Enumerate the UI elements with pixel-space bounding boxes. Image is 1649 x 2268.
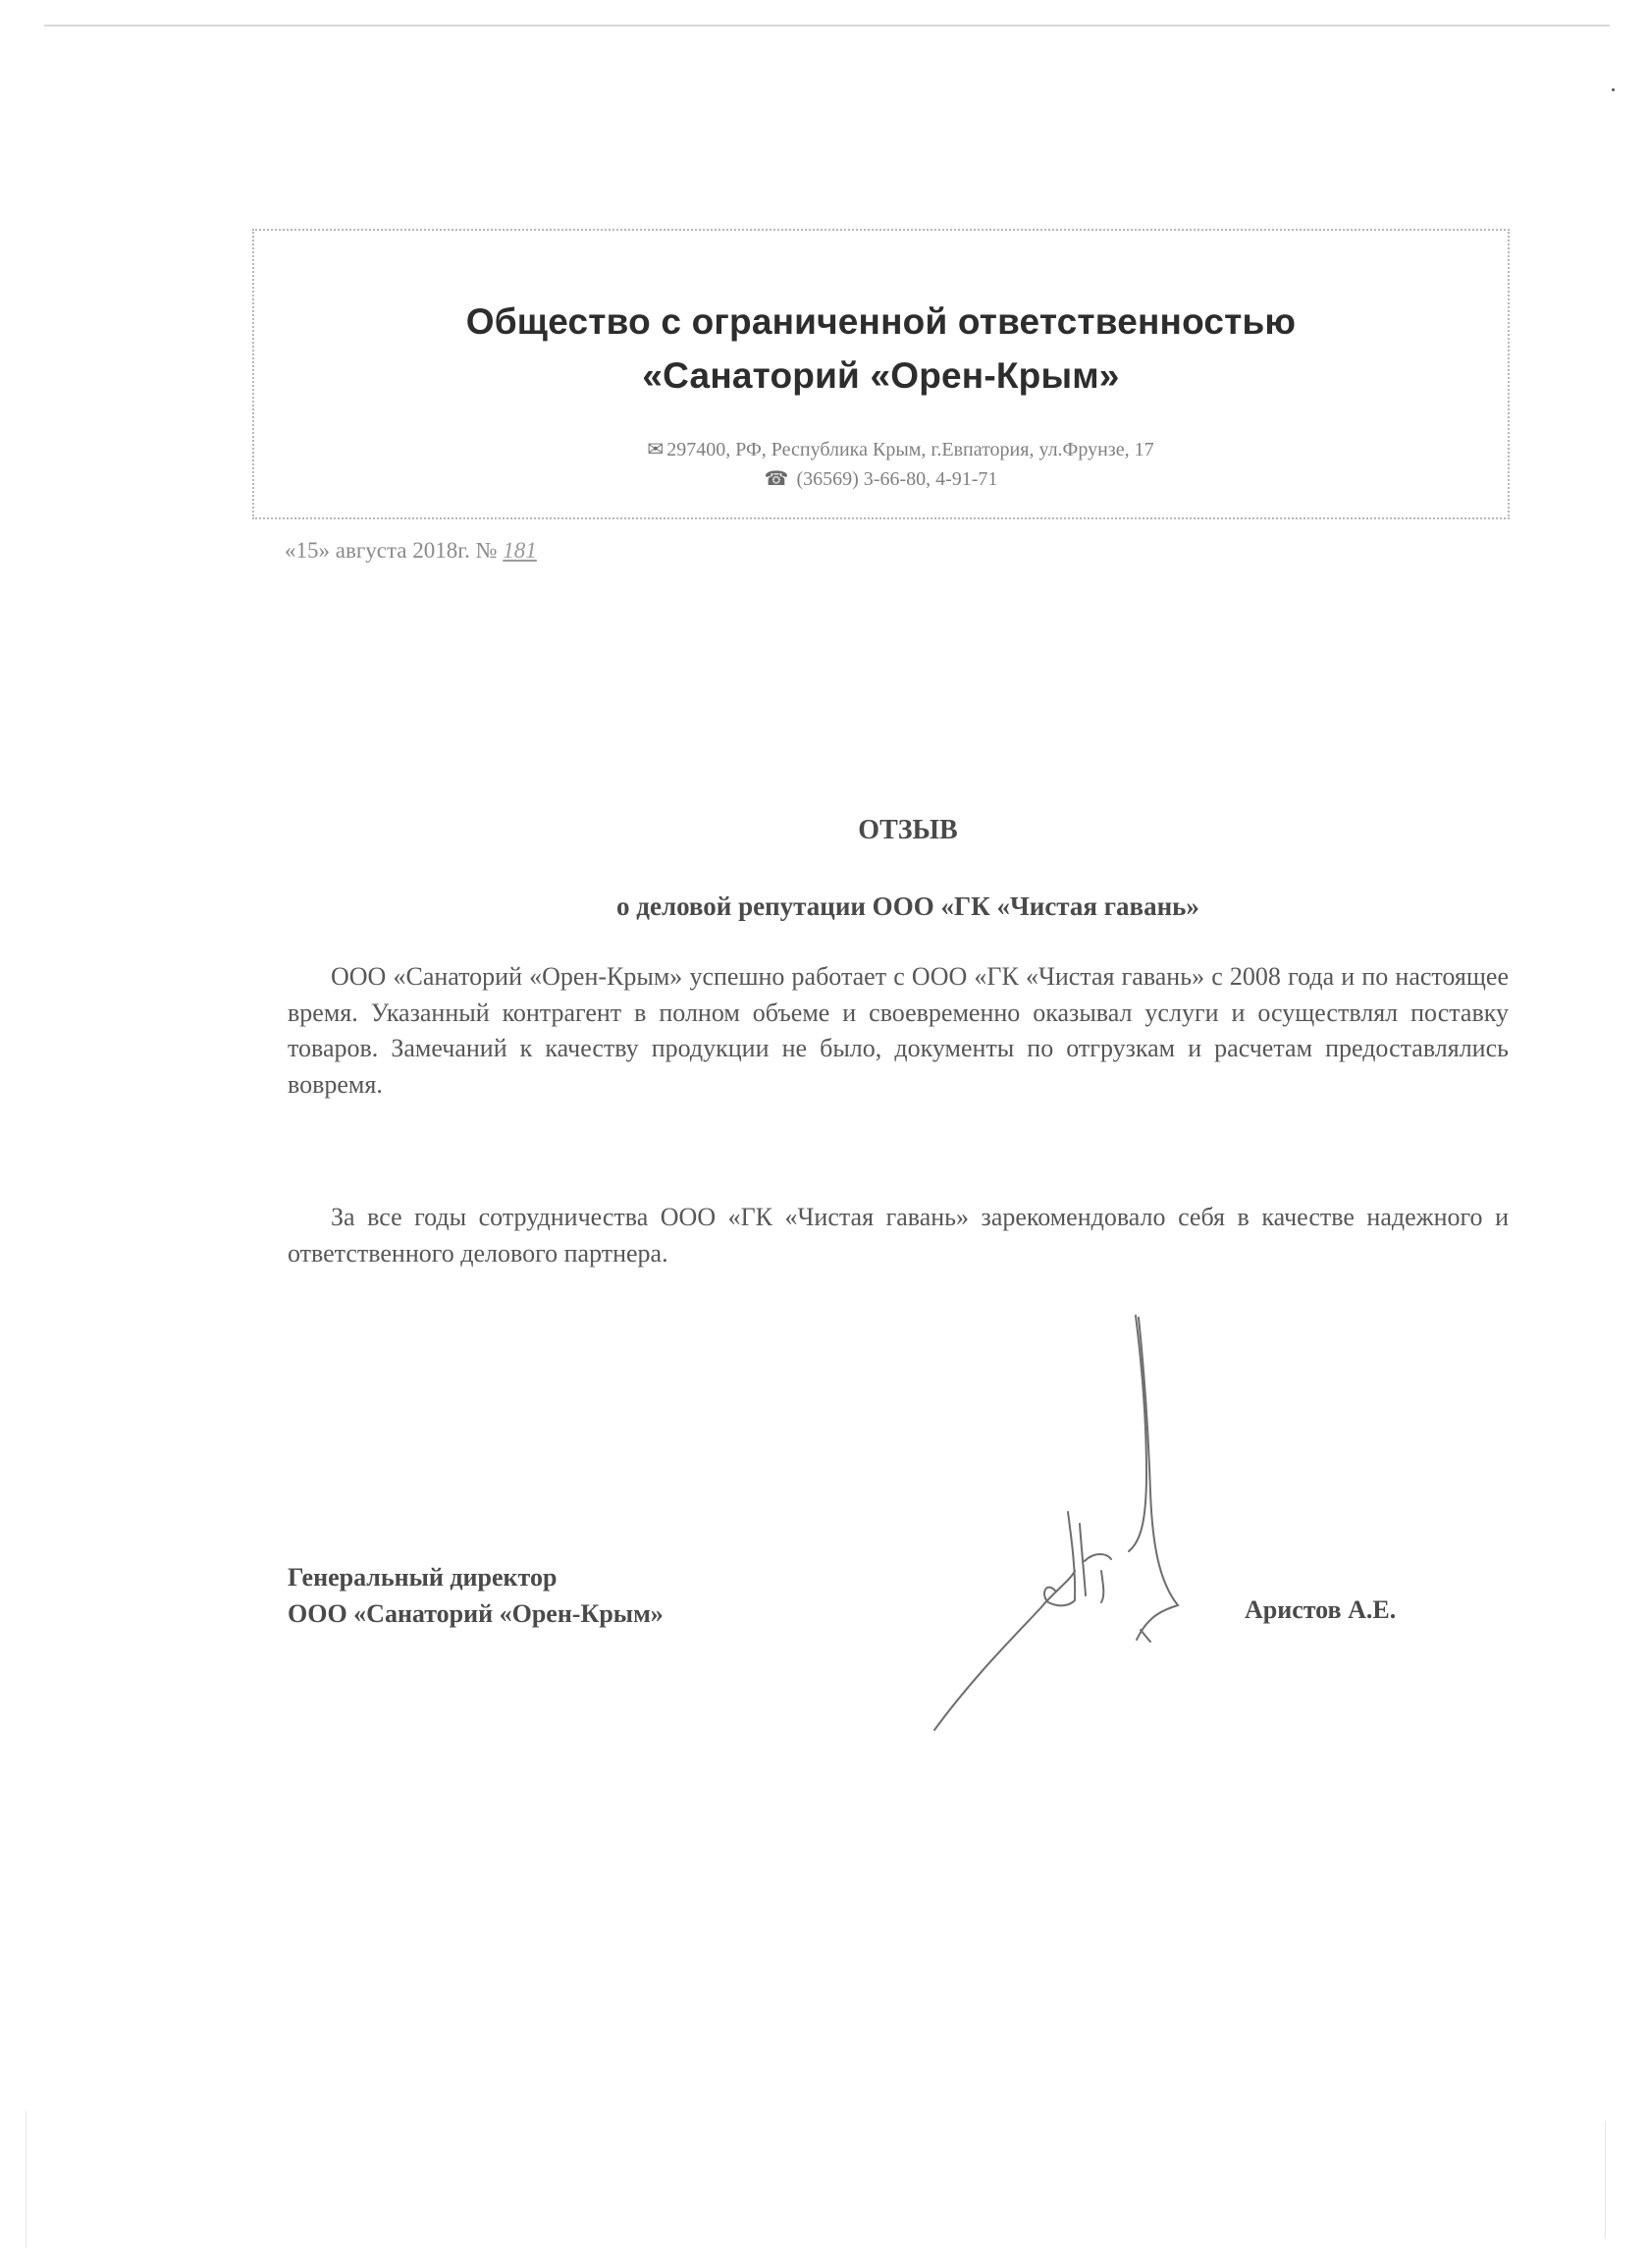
scan-speck xyxy=(1612,88,1615,91)
signatory-organization: ООО «Санаторий «Орен-Крым» xyxy=(288,1595,664,1632)
signatory-name: Аристов А.Е. xyxy=(1245,1595,1396,1625)
document-date: «15» августа 2018г. № xyxy=(285,538,498,563)
body-paragraph-2: За все годы сотрудничества ООО «ГК «Чист… xyxy=(288,1200,1509,1271)
scan-edge-left xyxy=(26,2111,27,2248)
signatory-role: Генеральный директор ООО «Санаторий «Оре… xyxy=(288,1559,664,1632)
org-name-line-2: «Санаторий «Орен-Крым» xyxy=(254,355,1508,397)
scan-edge-right xyxy=(1605,2121,1606,2239)
body-paragraph-1: ООО «Санаторий «Орен-Крым» успешно работ… xyxy=(288,959,1509,1103)
handwritten-signature xyxy=(883,1296,1237,1767)
date-and-number: «15» августа 2018г. № 181 xyxy=(285,538,537,564)
document-subtitle: о деловой репутации ООО «ГК «Чистая гава… xyxy=(0,891,1649,922)
telephone-icon: ☎ xyxy=(765,468,789,490)
org-name-line-1: Общество с ограниченной ответственностью xyxy=(254,301,1508,343)
letterhead-box: Общество с ограниченной ответственностью… xyxy=(252,229,1510,519)
address-text: 297400, РФ, Республика Крым, г.Евпатория… xyxy=(666,439,1153,460)
document-title: ОТЗЫВ xyxy=(0,815,1649,846)
org-phone: ☎ (36569) 3-66-80, 4-91-71 xyxy=(254,466,1508,491)
phone-text: (36569) 3-66-80, 4-91-71 xyxy=(796,468,997,490)
scan-edge-top xyxy=(44,25,1610,27)
registration-number: 181 xyxy=(503,538,537,563)
org-address: ✉297400, РФ, Республика Крым, г.Евпатори… xyxy=(254,437,1527,461)
envelope-icon: ✉ xyxy=(647,439,664,460)
signatory-position: Генеральный директор xyxy=(288,1559,664,1595)
